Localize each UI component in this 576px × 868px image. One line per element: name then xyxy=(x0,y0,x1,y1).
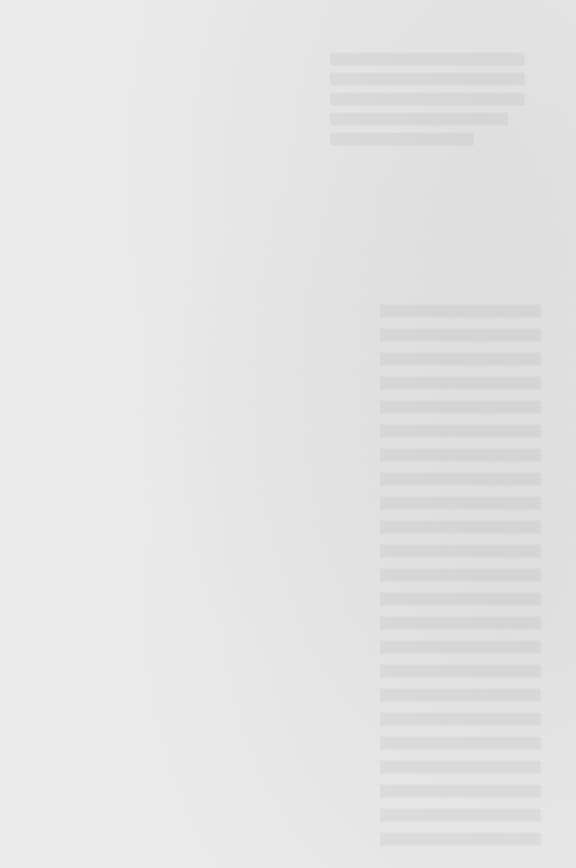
scanned-page: ▒▒▒▒▒▒▒▒▒▒▒▒▒▒▒▒▒▒▒▒▒▒▒▒▒▒▒▒▒▒▒▒▒▒▒▒▒▒▒▒… xyxy=(0,0,576,868)
bleed-through-texture: ▒▒▒▒▒▒▒▒▒▒▒▒▒▒▒▒▒▒▒▒▒▒▒▒▒▒▒▒▒▒▒▒▒▒▒▒▒▒▒▒… xyxy=(330,50,525,150)
bleed-through-texture: ▒▒▒▒▒▒▒▒▒▒▒▒▒▒▒▒▒▒▒▒▒▒▒▒▒▒▒▒▒▒▒▒▒▒▒▒▒▒▒▒… xyxy=(380,300,541,852)
